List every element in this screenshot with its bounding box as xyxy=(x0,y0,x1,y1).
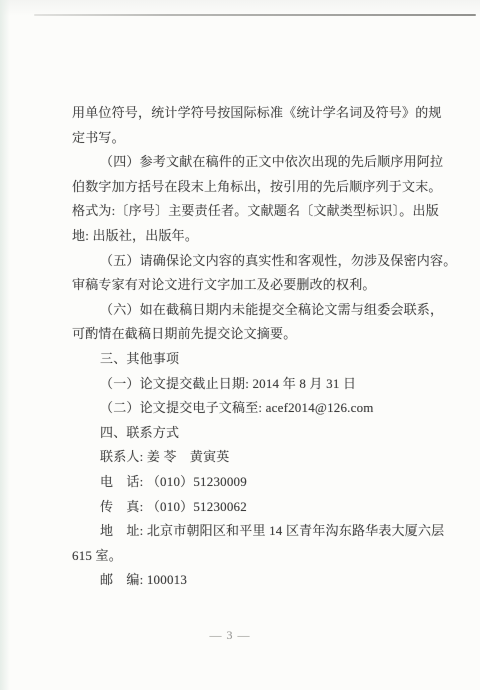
text-line: 可酌情在截稿日期前先提交论文摘要。 xyxy=(72,322,424,347)
text-line: 615 室。 xyxy=(72,544,424,569)
text-line: （一）论文提交截止日期: 2014 年 8 月 31 日 xyxy=(72,372,424,397)
text-line: （五）请确保论文内容的真实性和客观性，勿涉及保密内容。 xyxy=(72,249,424,274)
document-body: 用单位符号，统计学符号按国际标准《统计学名词及符号》的规定书写。（四）参考文献在… xyxy=(72,101,424,593)
text-line: 四、联系方式 xyxy=(72,421,424,446)
scan-edge-line xyxy=(34,14,476,16)
page-number: — 3 — xyxy=(150,628,310,643)
text-line: 格式为:〔序号〕主要责任者。文献题名〔文献类型标识〕。出版 xyxy=(72,199,424,224)
document-page: 用单位符号，统计学符号按国际标准《统计学名词及符号》的规定书写。（四）参考文献在… xyxy=(0,0,480,690)
text-line: （六）如在截稿日期内未能提交全稿论文需与组委会联系， xyxy=(72,298,424,323)
text-line: 伯数字加方括号在段末上角标出，按引用的先后顺序列于文末。 xyxy=(72,175,424,200)
text-line: 定书写。 xyxy=(72,126,424,151)
text-line: 地: 出版社，出版年。 xyxy=(72,224,424,249)
text-line: （二）论文提交电子文稿至: acef2014@126.com xyxy=(72,396,424,421)
text-line: 地 址: 北京市朝阳区和平里 14 区青年沟东路华表大厦六层 xyxy=(72,519,424,544)
text-line: 用单位符号，统计学符号按国际标准《统计学名词及符号》的规 xyxy=(72,101,424,126)
text-line: 传 真: （010）51230062 xyxy=(72,495,424,520)
text-line: 三、其他事项 xyxy=(72,347,424,372)
text-line: 电 话: （010）51230009 xyxy=(72,470,424,495)
text-line: 联系人: 姜 苓 黄寅英 xyxy=(72,445,424,470)
text-line: 邮 编: 100013 xyxy=(72,568,424,593)
text-line: （四）参考文献在稿件的正文中依次出现的先后顺序用阿拉 xyxy=(72,150,424,175)
text-line: 审稿专家有对论文进行文字加工及必要删改的权利。 xyxy=(72,273,424,298)
